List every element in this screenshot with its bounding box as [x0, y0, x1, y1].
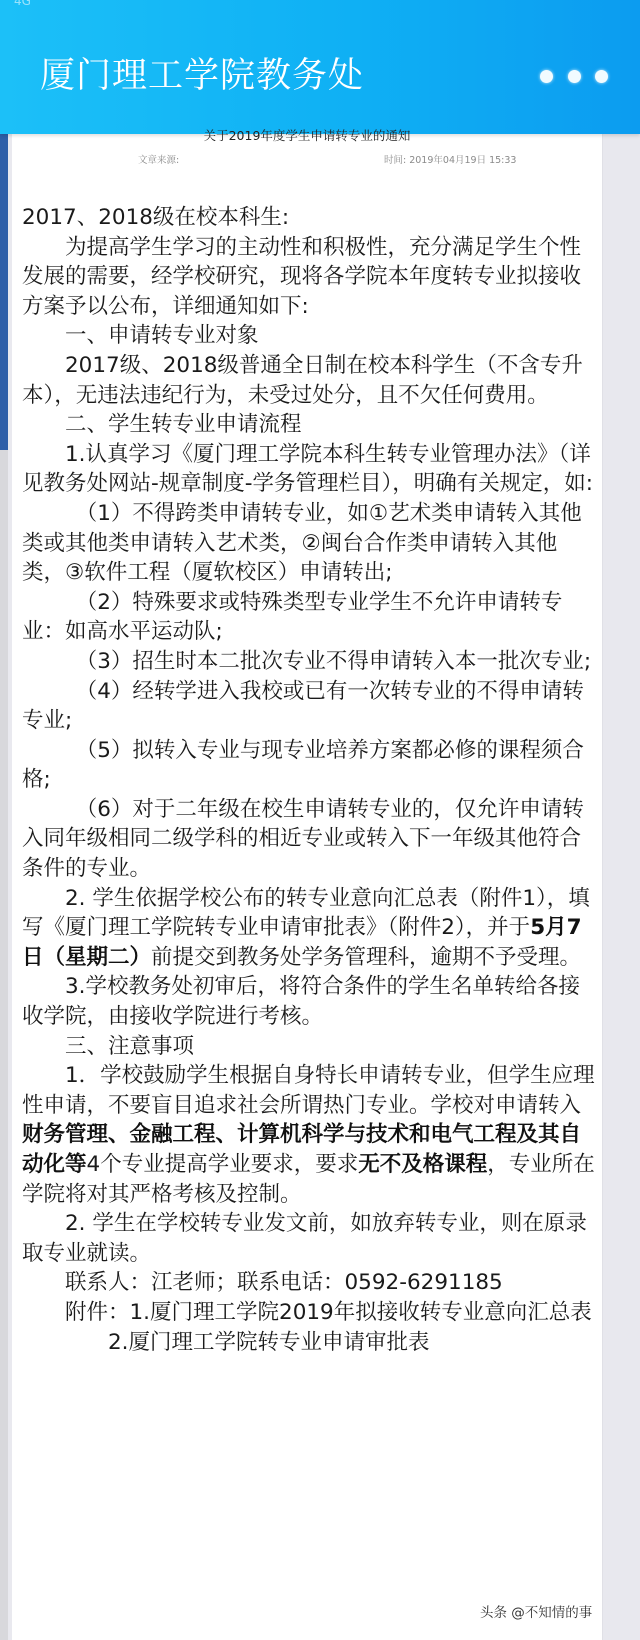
article-body: 2017、2018级在校本科生: 为提高学生学习的主动性和积极性，充分满足学生个…: [22, 203, 597, 1357]
list-item: （1）不得跨类申请转专业，如①艺术类申请转入其他类或其他类申请转入艺术类，②闽台…: [22, 499, 597, 588]
list-item: （3）招生时本二批次专业不得申请转入本一批次专业;: [22, 647, 597, 677]
section-heading-2: 二、学生转专业申请流程: [22, 410, 597, 440]
paragraph-intro: 为提高学生学习的主动性和积极性，充分满足学生个性发展的需要，经学校研究，现将各学…: [22, 233, 597, 322]
paragraph-salutation: 2017、2018级在校本科生:: [22, 203, 597, 233]
section-heading-3: 三、注意事项: [22, 1032, 597, 1062]
list-item: （4）经转学进入我校或已有一次转专业的不得申请转专业;: [22, 677, 597, 736]
paragraph: 3.学校教务处初审后，将符合条件的学生名单转给各接收学院，由接收学院进行考核。: [22, 972, 597, 1031]
list-item: （5）拟转入专业与现专业培养方案都必修的课程须合格;: [22, 736, 597, 795]
list-item: （2）特殊要求或特殊类型专业学生不允许申请转专业：如高水平运动队;: [22, 588, 597, 647]
app-header: 4G 厦门理工学院教务处: [0, 0, 640, 134]
text: 1．学校鼓励学生根据自身特长申请转专业，但学生应理性申请，不要盲目追求社会所谓热…: [22, 1063, 595, 1118]
article-title: 关于2019年度学生申请转专业的通知: [12, 126, 602, 144]
watermark: 头条 @不知情的事: [480, 1601, 592, 1621]
more-horizontal-icon: [568, 70, 581, 83]
paragraph-notes: 1．学校鼓励学生根据自身特长申请转专业，但学生应理性申请，不要盲目追求社会所谓热…: [22, 1061, 597, 1209]
paragraph: 1.认真学习《厦门理工学院本科生转专业管理办法》（详见教务处网站-规章制度-学务…: [22, 440, 597, 499]
contact-line: 联系人：江老师；联系电话：0592-6291185: [22, 1268, 597, 1298]
paragraph: 2017级、2018级普通全日制在校本科学生（不含专升本），无违法违纪行为，未受…: [22, 351, 597, 410]
left-edge-strip-lower: [0, 450, 8, 1640]
more-horizontal-icon: [540, 70, 553, 83]
requirement-highlight: 无不及格课程: [358, 1152, 487, 1177]
attachment-1[interactable]: 附件：1.厦门理工学院2019年拟接收转专业意向汇总表: [22, 1298, 597, 1328]
article-source: 文章来源:: [138, 152, 179, 166]
paragraph-deadline: 2. 学生依据学校公布的转专业意向汇总表（附件1），填写《厦门理工学院转专业申请…: [22, 884, 597, 973]
status-bar-text: 4G: [14, 0, 31, 8]
more-horizontal-icon: [595, 70, 608, 83]
paragraph: 2. 学生在学校转专业发文前，如放弃转专业，则在原录取专业就读。: [22, 1209, 597, 1268]
left-edge-strip: [0, 130, 8, 450]
text: 4个专业提高学业要求，要求: [87, 1152, 359, 1177]
text: 前提交到教务处学务管理科，逾期不予受理。: [151, 945, 581, 970]
section-heading-1: 一、申请转专业对象: [22, 321, 597, 351]
list-item: （6）对于二年级在校生申请转专业的，仅允许申请转入同年级相同二级学科的相近专业或…: [22, 795, 597, 884]
more-options-button[interactable]: [540, 62, 608, 90]
page-title: 厦门理工学院教务处: [40, 56, 364, 96]
right-side-pane: [602, 120, 640, 1640]
text: 2. 学生依据学校公布的转专业意向汇总表（附件1），填写《厦门理工学院转专业申请…: [22, 886, 590, 941]
attachment-2[interactable]: 2.厦门理工学院转专业申请审批表: [22, 1328, 597, 1358]
article-time: 时间: 2019年04月19日 15:33: [384, 152, 516, 166]
